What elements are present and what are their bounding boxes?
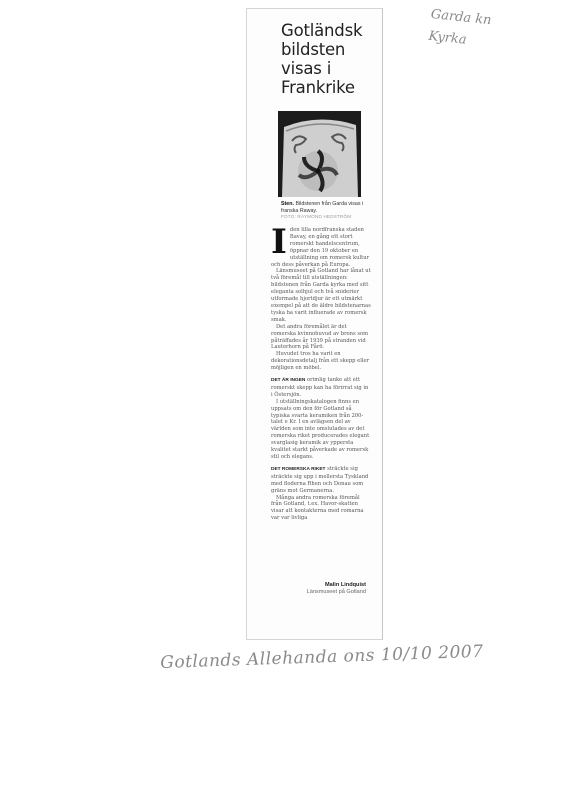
section-intro: DET ROMERSKA RIKET sträckte sig sträckte… <box>271 466 371 495</box>
author-name: Malin Lindquist <box>307 582 366 589</box>
paragraph: I utställningskatalogen finns en uppsats… <box>271 399 371 461</box>
paragraph: Det andra föremålet är det romerska kvin… <box>271 324 371 352</box>
photo-caption: Sten. Bildstenen från Garda visas i fran… <box>281 201 369 221</box>
article-body: I den lilla nordfranska staden Bavay, en… <box>271 227 371 522</box>
handwritten-note-top: Garda kn Kyrka <box>427 4 501 55</box>
byline: Malin Lindquist Länsmuseet på Gotland <box>307 582 366 596</box>
paragraph: Huvudet tros ha varit en dekorationsdeta… <box>271 351 371 372</box>
newspaper-clipping: Gotländsk bildsten visas i Frankrike Ste… <box>246 8 383 640</box>
paragraph: Länsmuseet på Gotland har lånat ut två f… <box>271 268 371 323</box>
paragraph: Många andra romerska föremål från Gotlan… <box>271 495 371 523</box>
section-intro: DET ÄR INGEN orimlig tanke att ett romer… <box>271 377 371 399</box>
lead-in: DET ÄR INGEN <box>271 378 305 383</box>
headline: Gotländsk bildsten visas i Frankrike <box>281 21 381 97</box>
handwritten-source-note: Gotlands Allehanda ons 10/10 2007 <box>160 642 484 673</box>
photo-credit: FOTO: RAYMOND HEDSTRÖM <box>281 214 369 221</box>
bildsten-photo <box>278 111 361 197</box>
carved-stone-image <box>278 111 361 197</box>
author-role: Länsmuseet på Gotland <box>307 589 366 596</box>
caption-text: Bildstenen från Garda visas i franska Ra… <box>281 201 363 214</box>
lead-in: DET ROMERSKA RIKET <box>271 467 325 472</box>
drop-cap: I <box>271 228 287 256</box>
caption-lead: Sten. <box>281 201 294 207</box>
